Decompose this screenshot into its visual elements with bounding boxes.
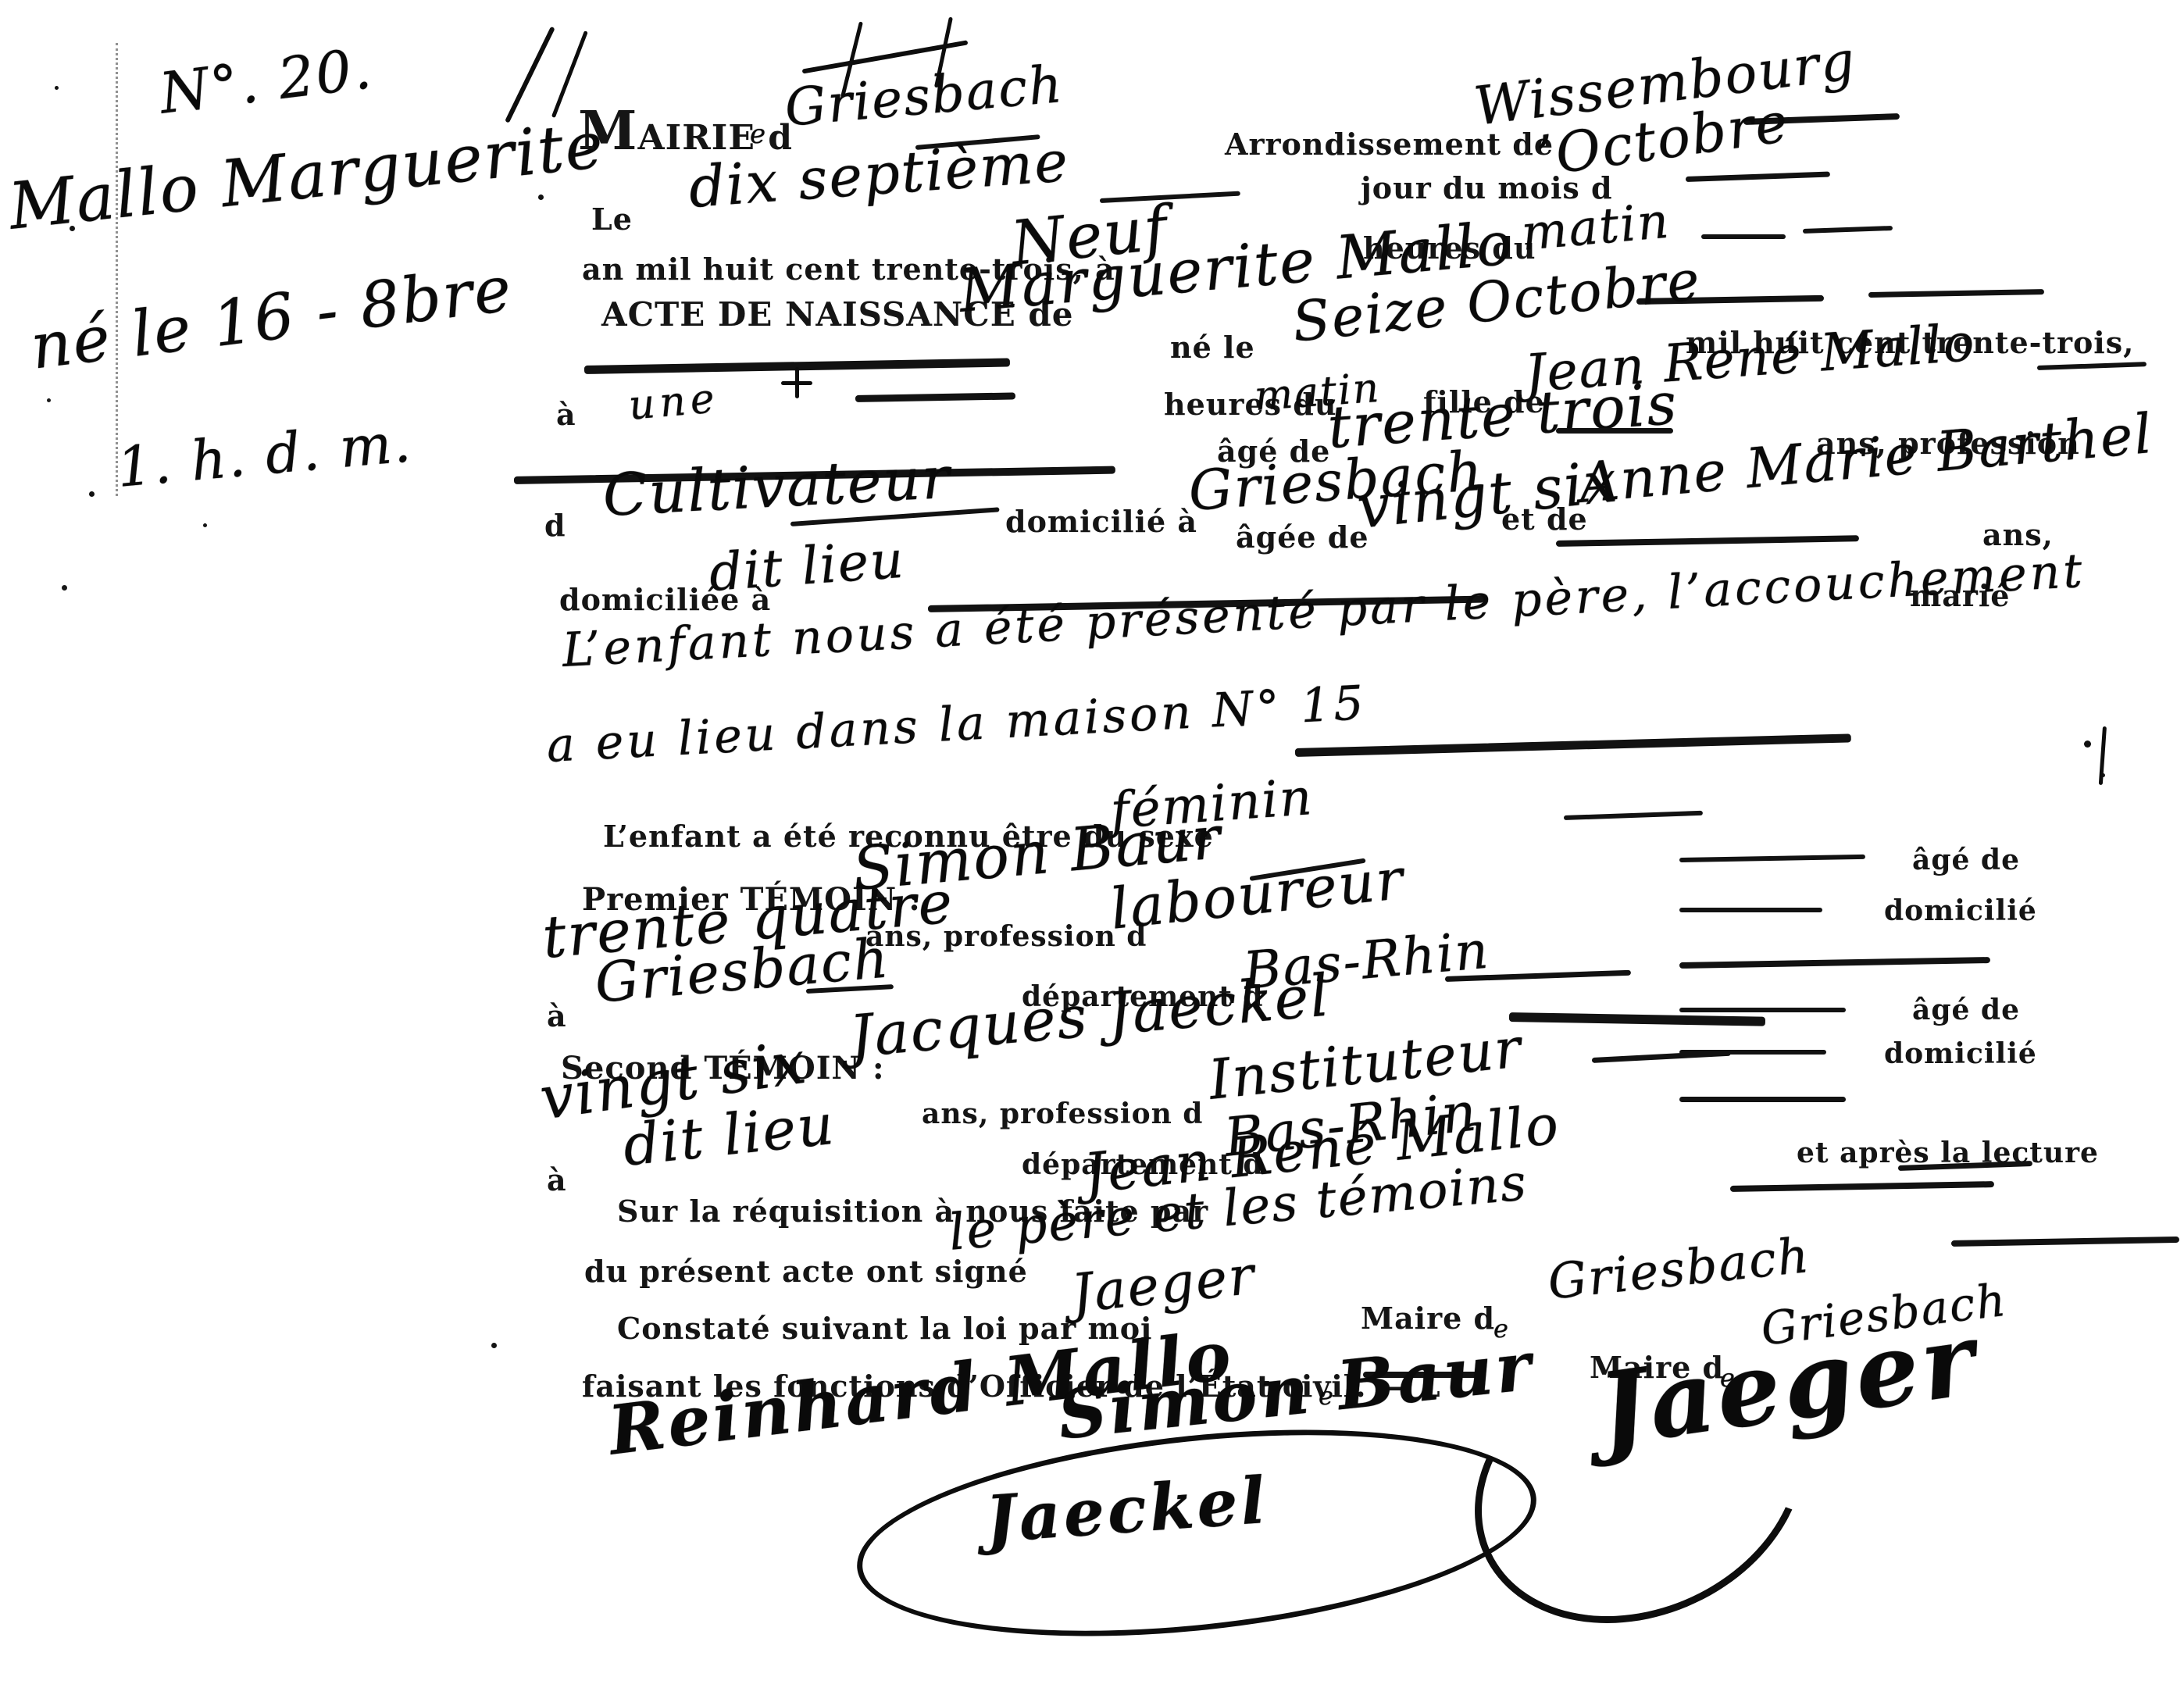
maire-commune: Griesbach bbox=[1545, 1226, 1813, 1311]
stray-ink bbox=[2099, 726, 2107, 785]
act-period: matin bbox=[1519, 192, 1672, 262]
father-d-label: d bbox=[544, 508, 566, 543]
rule-under-lecture bbox=[1730, 1181, 1994, 1192]
w1-age-de-label: âgé de bbox=[1912, 844, 2020, 876]
birth-hour: une bbox=[626, 375, 721, 430]
rule-after-sex bbox=[1564, 811, 1703, 820]
birth-act-scan: N°. 20. Mallo Marguerite né le 16 - 8bre… bbox=[0, 0, 2184, 1688]
le-label: Le bbox=[591, 202, 633, 237]
mother-domicile: dit lieu bbox=[707, 530, 906, 603]
margin-birth-note: né le 16 - 8bre bbox=[27, 252, 516, 384]
ne-le-label: né le bbox=[1170, 330, 1255, 365]
rule-after-act-month bbox=[1686, 172, 1830, 182]
rule-after-act-period-1 bbox=[1701, 234, 1786, 239]
fold-crease bbox=[116, 43, 118, 496]
mairie-article: e bbox=[750, 119, 767, 150]
officer-name: Jaeger bbox=[1069, 1245, 1258, 1326]
w1-domicilie-label: domicilié bbox=[1884, 894, 2037, 927]
rule-after-father-age bbox=[1556, 428, 1673, 434]
rule-right-closing bbox=[1951, 1237, 2179, 1247]
rule-after-birth-hour bbox=[855, 392, 1015, 402]
rule-w1-age-left bbox=[1679, 855, 1865, 862]
maire-label: Maire d bbox=[1361, 1301, 1495, 1336]
rule-after-w2-name bbox=[1509, 1012, 1765, 1026]
rule-w1-domicilie-left bbox=[1679, 908, 1822, 912]
mother-agee-label: âgée de bbox=[1236, 519, 1369, 555]
rule-after-presentation bbox=[1295, 733, 1851, 757]
stray-ink bbox=[505, 27, 555, 123]
margin-child-name: Mallo Marguerite bbox=[5, 108, 608, 244]
rule-w2-age-left bbox=[1679, 1008, 1846, 1012]
father-domicilie-label: domicilié à bbox=[1005, 504, 1197, 539]
w2-ans-profession-label: ans, profession d bbox=[922, 1097, 1203, 1130]
ink-speck bbox=[55, 86, 59, 90]
rule-after-w2-profession bbox=[1592, 1051, 1731, 1063]
w2-age-de-label: âgé de bbox=[1912, 994, 2020, 1026]
stray-ink bbox=[795, 367, 799, 398]
w2-a-label: à bbox=[547, 1162, 567, 1197]
w1-a-label: à bbox=[547, 998, 567, 1033]
w2-domicilie-label: domicilié bbox=[1884, 1037, 2037, 1070]
rule-title-right-2 bbox=[1868, 289, 2044, 298]
margin-time-note: 1. h. d. m. bbox=[114, 410, 414, 500]
rule-w1-long-right bbox=[1679, 957, 1990, 969]
a-label: à bbox=[556, 397, 576, 432]
signature-flourish-oval bbox=[847, 1401, 1546, 1665]
w1-ans-profession-label: ans, profession d bbox=[865, 920, 1147, 953]
rule-after-mother-age bbox=[1556, 535, 1859, 547]
rule-after-father-name bbox=[2037, 362, 2147, 370]
presentation-line2: a eu lieu dans la maison N° 15 bbox=[545, 676, 1368, 773]
margin-act-number: N°. 20. bbox=[156, 35, 376, 127]
rule-after-act-period-2 bbox=[1803, 226, 1893, 234]
rule-w2-long-right bbox=[1679, 1097, 1846, 1102]
